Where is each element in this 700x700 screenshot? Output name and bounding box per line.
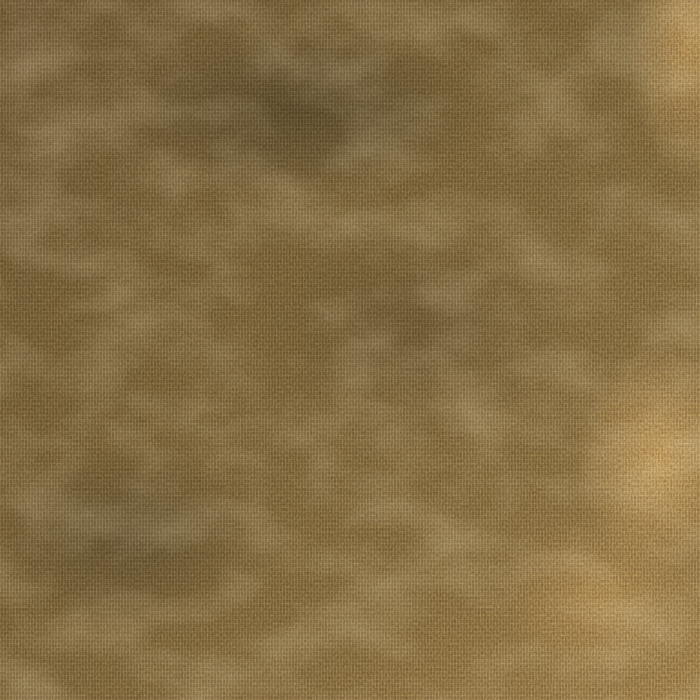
weave-horizontal: [0, 0, 700, 700]
fabric-texture: [0, 0, 700, 700]
